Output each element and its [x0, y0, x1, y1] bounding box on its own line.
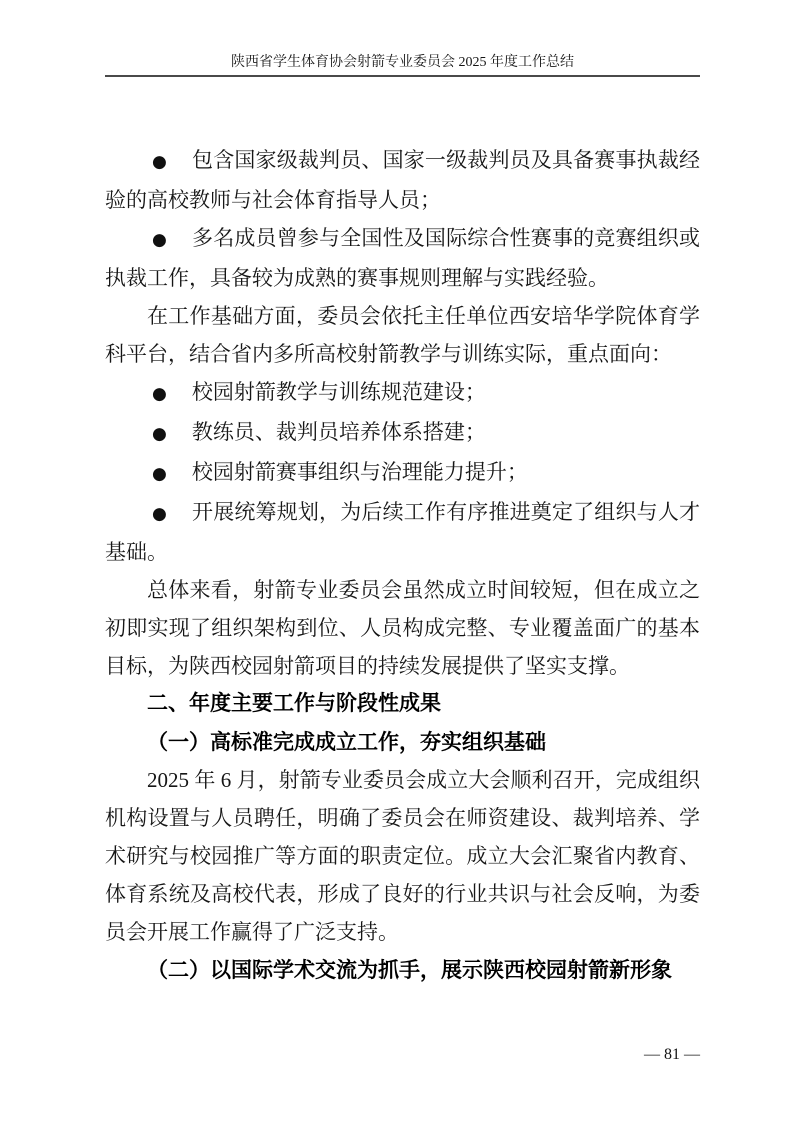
bullet-icon: ● [152, 464, 167, 484]
page-footer: — 81 — [644, 1044, 700, 1066]
bullet-text: 开展统筹规划，为后续工作有序推进奠定了组织与人才基础。 [105, 500, 700, 564]
bullet-icon: ● [152, 424, 167, 444]
bullet-item: ●多名成员曾参与全国性及国际综合性赛事的竞赛组织或执裁工作，具备较为成熟的赛事规… [105, 219, 700, 297]
bullet-text: 校园射箭赛事组织与治理能力提升； [192, 460, 528, 484]
bullet-icon: ● [152, 384, 167, 404]
bullet-icon: ● [152, 152, 167, 172]
bullet-icon: ● [152, 230, 167, 250]
header-title: 陕西省学生体育协会射箭专业委员会 2025 年度工作总结 [231, 55, 574, 70]
page-number: — 81 — [644, 1046, 700, 1063]
bullet-icon: ● [152, 504, 167, 524]
bullet-item: ●教练员、裁判员培养体系搭建； [105, 413, 700, 453]
bullet-text: 校园射箭教学与训练规范建设； [192, 380, 486, 404]
bullet-text: 多名成员曾参与全国性及国际综合性赛事的竞赛组织或执裁工作，具备较为成熟的赛事规则… [105, 226, 700, 290]
body-paragraph: 在工作基础方面，委员会依托主任单位西安培华学院体育学科平台，结合省内多所高校射箭… [105, 297, 700, 373]
bullet-item: ●开展统筹规划，为后续工作有序推进奠定了组织与人才基础。 [105, 493, 700, 571]
document-body: ●包含国家级裁判员、国家一级裁判员及具备赛事执裁经验的高校教师与社会体育指导人员… [105, 141, 700, 989]
page-header: 陕西省学生体育协会射箭专业委员会 2025 年度工作总结 [105, 54, 700, 77]
bullet-item: ●校园射箭教学与训练规范建设； [105, 373, 700, 413]
subsection-heading: （一）高标准完成成立工作，夯实组织基础 [105, 723, 700, 761]
body-paragraph: 总体来看，射箭专业委员会虽然成立时间较短，但在成立之初即实现了组织架构到位、人员… [105, 571, 700, 685]
bullet-item: ●校园射箭赛事组织与治理能力提升； [105, 453, 700, 493]
body-paragraph: 2025 年 6 月，射箭专业委员会成立大会顺利召开，完成组织机构设置与人员聘任… [105, 761, 700, 951]
bullet-text: 教练员、裁判员培养体系搭建； [192, 420, 486, 444]
section-heading: 二、年度主要工作与阶段性成果 [105, 685, 700, 723]
bullet-text: 包含国家级裁判员、国家一级裁判员及具备赛事执裁经验的高校教师与社会体育指导人员； [105, 148, 700, 212]
bullet-item: ●包含国家级裁判员、国家一级裁判员及具备赛事执裁经验的高校教师与社会体育指导人员… [105, 141, 700, 219]
document-page: 陕西省学生体育协会射箭专业委员会 2025 年度工作总结 ●包含国家级裁判员、国… [0, 0, 800, 1131]
subsection-heading: （二）以国际学术交流为抓手，展示陕西校园射箭新形象 [105, 951, 700, 989]
